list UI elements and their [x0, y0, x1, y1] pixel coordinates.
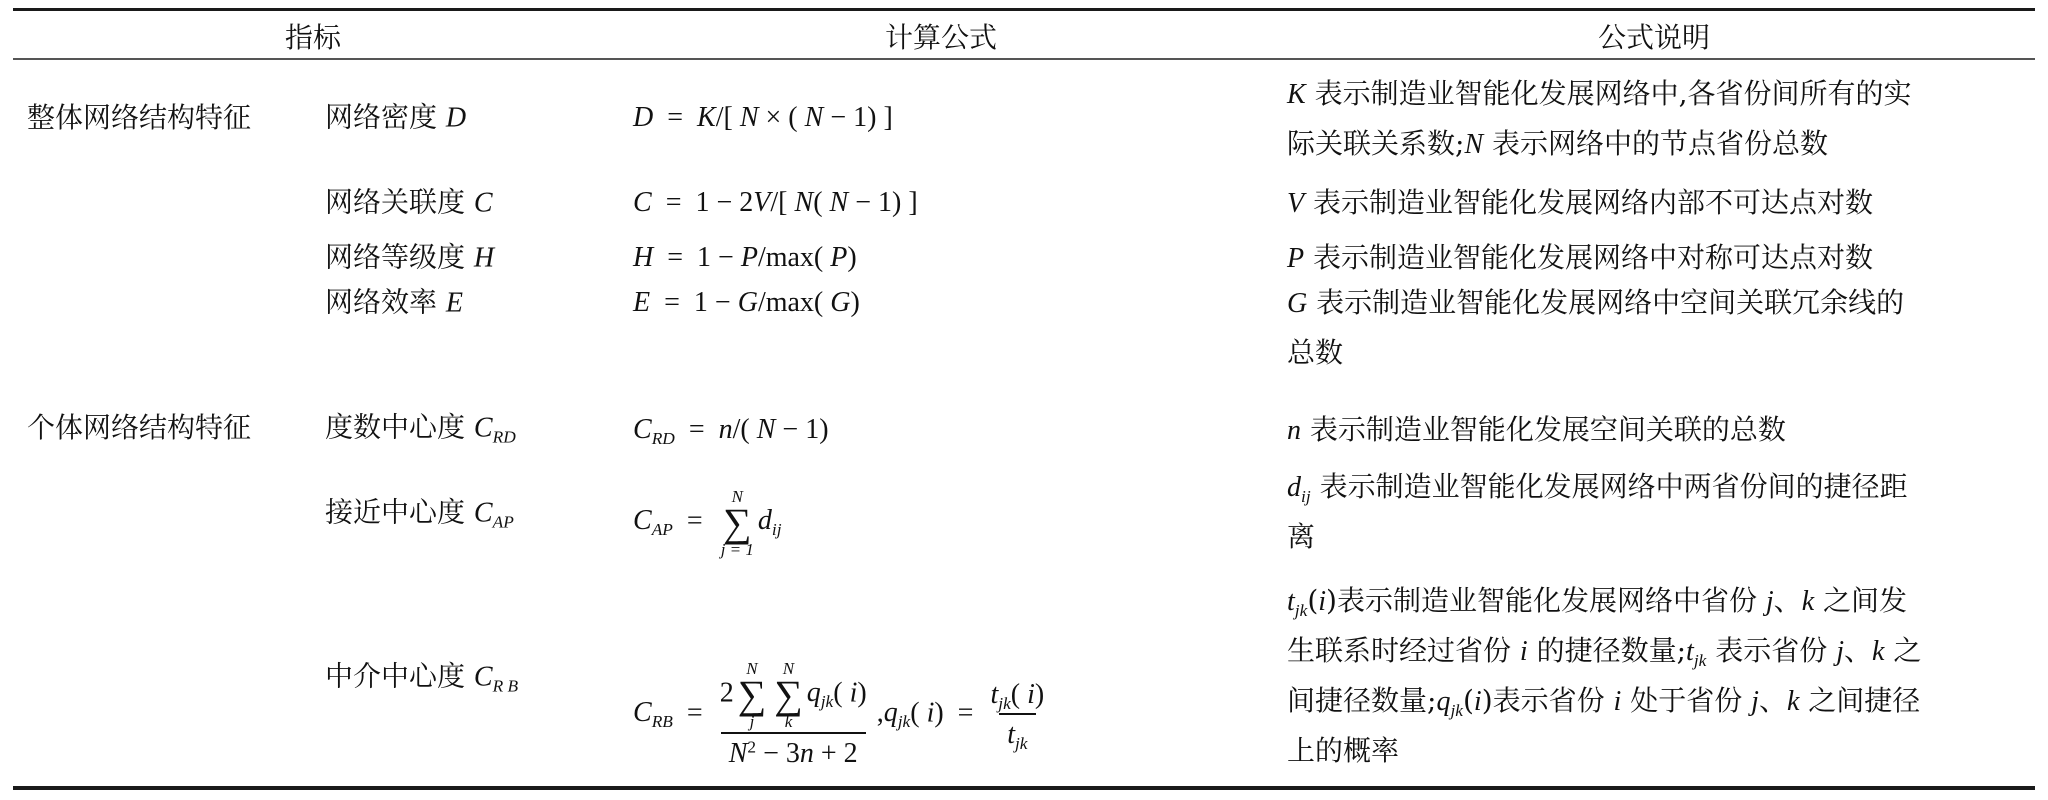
header-indicator: 指标: [285, 16, 341, 56]
sum-symbol: N∑j = 1: [721, 488, 754, 558]
description-connectedness: V 表示制造业智能化发展网络内部不可达点对数: [1287, 178, 2027, 228]
formula-connectedness: C = 1 − 2V/[ N( N − 1) ]: [633, 186, 918, 220]
header-explanation: 公式说明: [1598, 16, 1710, 56]
description-degree-centrality: n 表示制造业智能化发展空间关联的总数: [1287, 405, 2027, 455]
bottom-rule: [13, 786, 2035, 790]
indicator-connectedness: 网络关联度 C: [325, 186, 493, 221]
top-rule: [13, 8, 2035, 11]
group-overall-network: 整体网络结构特征: [27, 101, 251, 135]
indicator-density: 网络密度 D: [325, 101, 466, 136]
description-efficiency: G 表示制造业智能化发展网络中空间关联冗余线的 总数: [1287, 278, 2027, 377]
header-rule: [13, 58, 2035, 60]
fraction: tjk( i) tjk: [986, 679, 1048, 751]
formula-degree-centrality: CRD = n/( N − 1): [633, 413, 829, 447]
indicator-degree-centrality: 度数中心度 CRD: [325, 411, 516, 446]
formula-efficiency: E = 1 − G/max( G): [633, 286, 860, 320]
formula-closeness-centrality: CAP = N∑j = 1dij: [633, 488, 782, 558]
indicator-closeness-centrality: 接近中心度 CAP: [325, 496, 514, 531]
description-betweenness-centrality: tjk(i)表示制造业智能化发展网络中省份 j、k 之间发 生联系时经过省份 i…: [1287, 576, 2027, 775]
group-individual-network: 个体网络结构特征: [27, 411, 251, 445]
indicator-efficiency: 网络效率 E: [325, 286, 463, 321]
formula-hierarchy: H = 1 − P/max( P): [633, 241, 857, 275]
description-closeness-centrality: dij 表示制造业智能化发展网络中两省份间的捷径距 离: [1287, 462, 2027, 561]
indicator-hierarchy: 网络等级度 H: [325, 241, 494, 276]
formula-betweenness-centrality: CRB = 2N∑jN∑kqjk( i) N2 − 3n + 2 ,qjk( i…: [633, 660, 1054, 770]
fraction: 2N∑jN∑kqjk( i) N2 − 3n + 2: [716, 660, 871, 770]
description-density: K 表示制造业智能化发展网络中,各省份间所有的实 际关联关系数;N 表示网络中的…: [1287, 69, 2027, 169]
formula-density: D = K/[ N × ( N − 1) ]: [633, 101, 893, 135]
indicator-betweenness-centrality: 中介中心度 CR B: [325, 660, 518, 695]
header-formula: 计算公式: [885, 16, 997, 56]
description-hierarchy: P 表示制造业智能化发展网络中对称可达点对数: [1287, 233, 2027, 283]
